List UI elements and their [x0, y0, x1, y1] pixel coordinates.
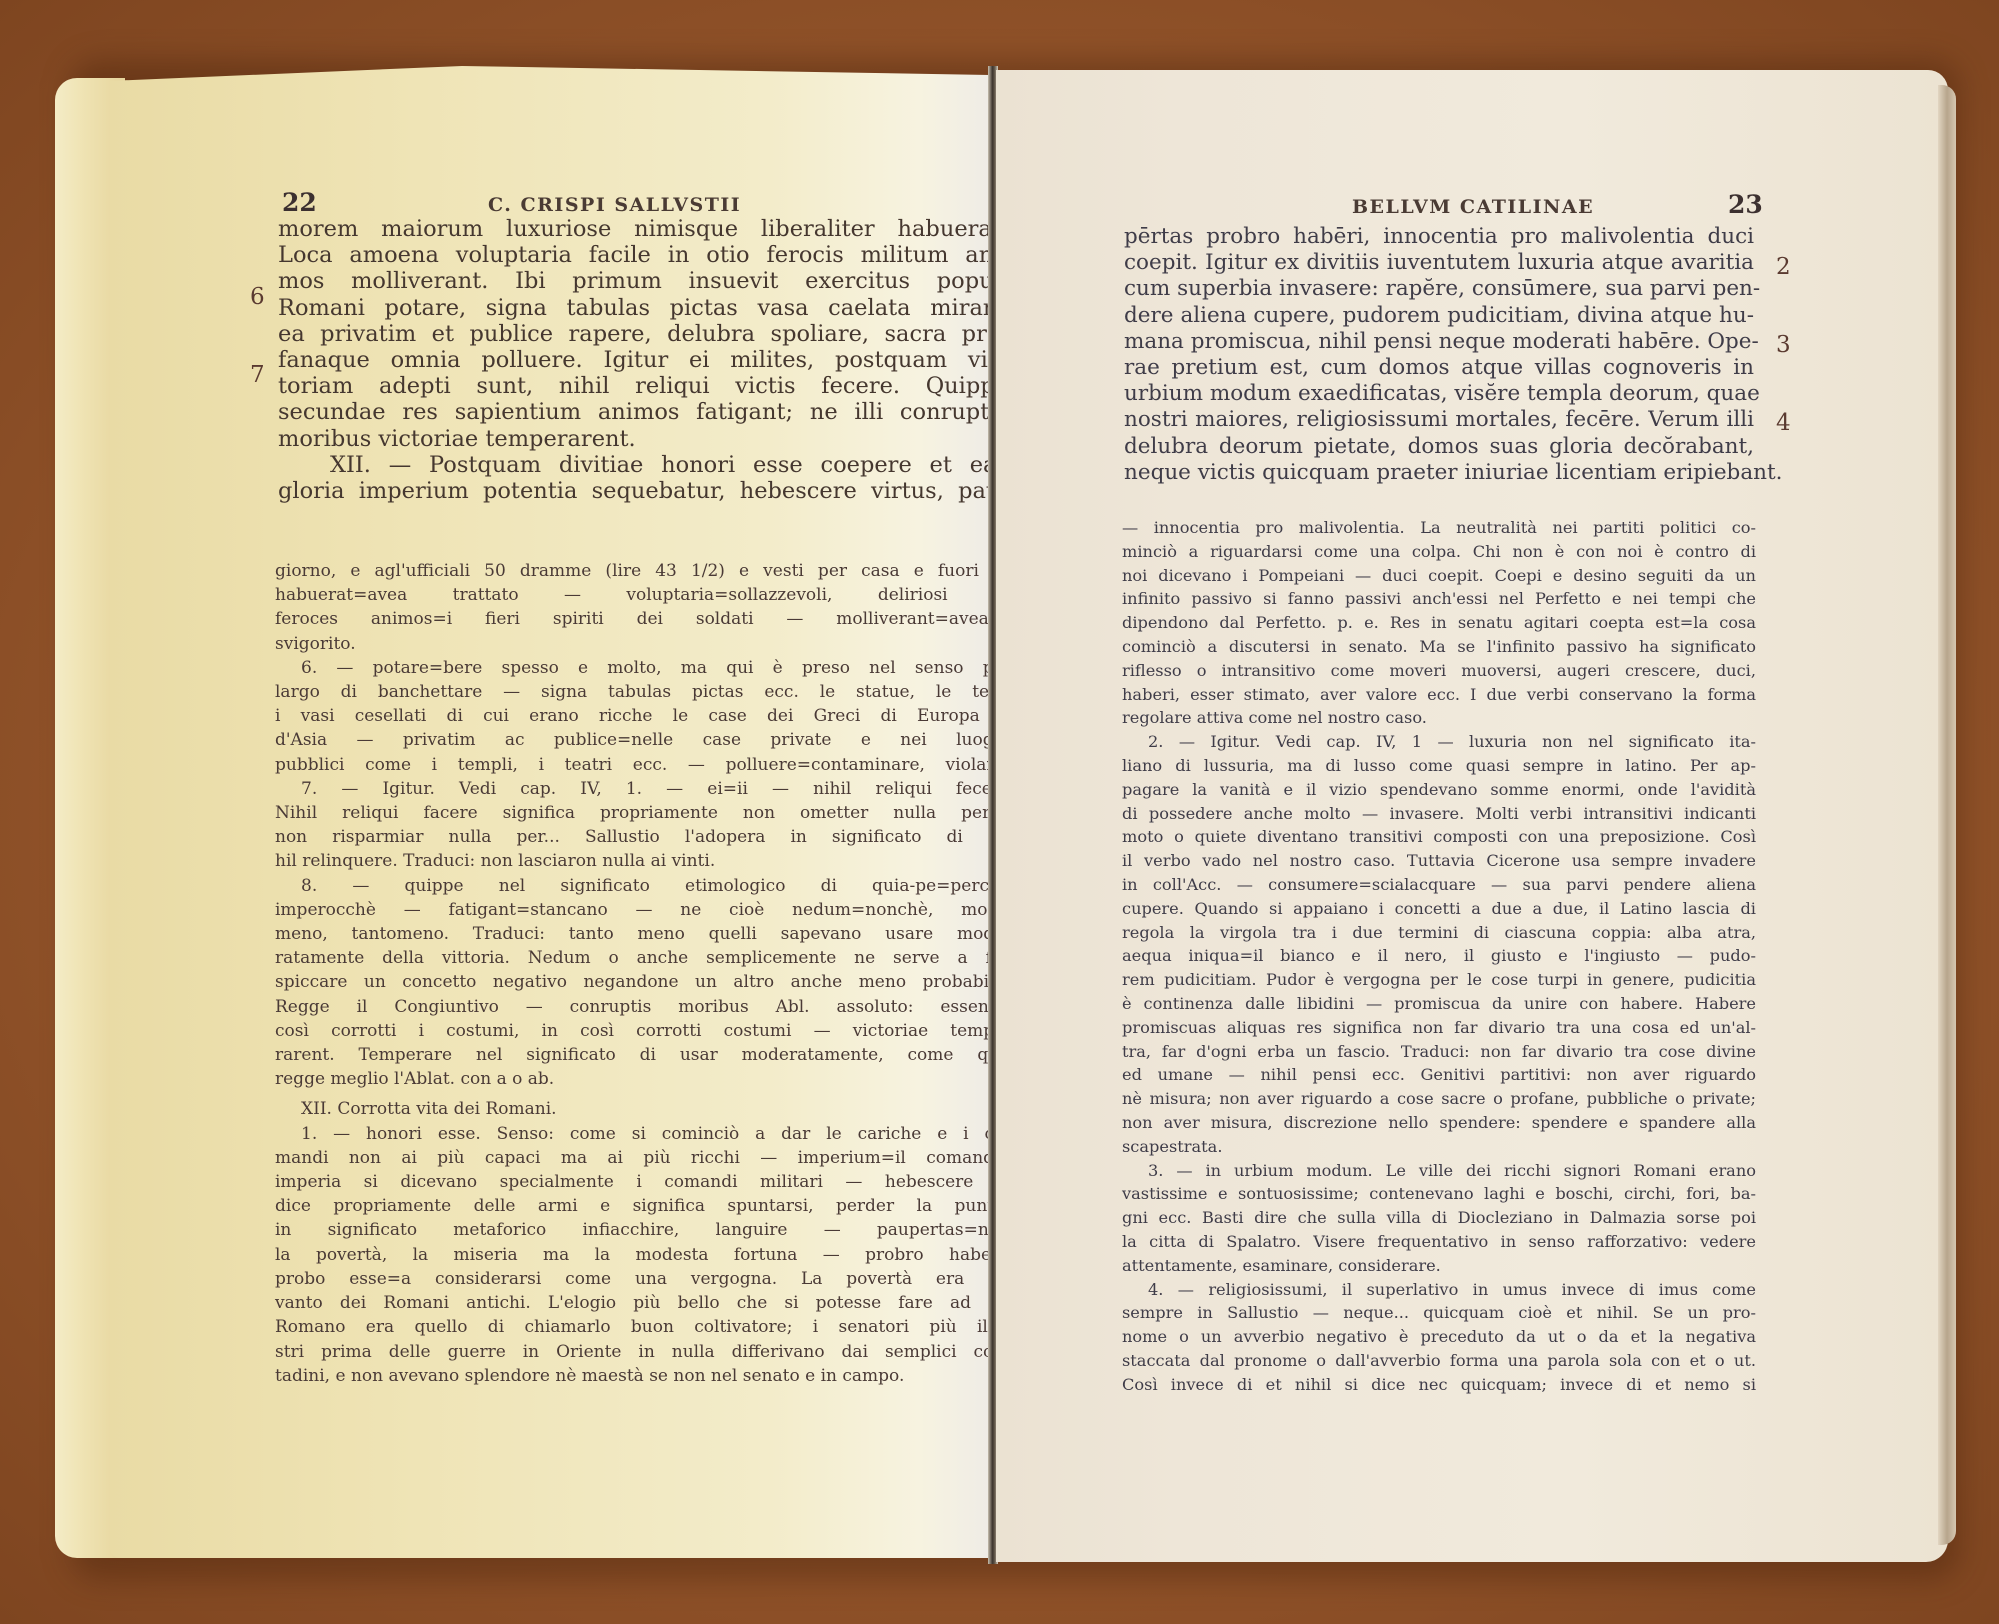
margin-number: 3	[1776, 332, 1791, 358]
note-line: 4. — religiosissumi, il superlativo in u…	[1122, 1278, 1756, 1302]
note-line: il verbo vado nel nostro caso. Tuttavia …	[1122, 849, 1756, 873]
note-line: minciò a riguardarsi come una colpa. Chi…	[1122, 540, 1756, 564]
chapter-xii-start: XII. — Postquam divitiae honori esse coe…	[278, 452, 1008, 478]
note-line: regolare attiva come nel nostro caso.	[1122, 706, 1756, 730]
note-line: i vasi cesellati di cui erano ricche le …	[275, 704, 1010, 728]
note-line: di possedere anche molto — invasere. Mol…	[1122, 802, 1756, 826]
note-line: rem pudicitiam. Pudor è vergogna per le …	[1122, 968, 1756, 992]
note-line: 8. — quippe nel significato etimologico …	[275, 874, 1010, 898]
note-line: la povertà, la miseria ma la modesta for…	[275, 1243, 1010, 1267]
note-line: non aver misura, discrezione nello spend…	[1122, 1111, 1756, 1135]
text-line: mana promiscua, nihil pensi neque modera…	[1124, 329, 1754, 355]
text-line: ea privatim et publice rapere, delubra s…	[278, 321, 1008, 347]
note-line: noi dicevano i Pompeiani — duci coepit. …	[1122, 564, 1756, 588]
margin-number: 2	[1776, 254, 1791, 280]
note-line: regola la virgola tra i due termini di c…	[1122, 921, 1756, 945]
text-line: neque victis quicquam praeter iniuriae l…	[1124, 460, 1754, 486]
note-line: non risparmiar nulla per... Sallustio l'…	[275, 825, 1010, 849]
text-line: urbium modum exaedificatas, visĕre templ…	[1124, 381, 1754, 407]
note-line: gni ecc. Basti dire che sulla villa di D…	[1122, 1206, 1756, 1230]
note-line: promiscuas aliquas res significa non far…	[1122, 1016, 1756, 1040]
note-line: infinito passivo si fanno passivi anch'e…	[1122, 587, 1756, 611]
note-line: feroces animos=i fieri spiriti dei solda…	[275, 607, 1010, 631]
note-line: è continenza dalle libidini — promiscua …	[1122, 992, 1756, 1016]
note-section-heading: XII. Corrotta vita dei Romani.	[275, 1097, 1010, 1121]
note-line: nome o un avverbio negativo è preceduto …	[1122, 1325, 1756, 1349]
note-line: giorno, e agl'ufficiali 50 dramme (lire …	[275, 559, 1010, 583]
text-line: Loca amoena voluptaria facile in otio fe…	[278, 242, 1008, 268]
running-head-left: C. CRISPI SALLVSTII	[488, 194, 741, 216]
note-line: imperia si dicevano specialmente i coman…	[275, 1170, 1010, 1194]
text-line: moribus victoriae temperarent.	[278, 426, 1008, 452]
note-line: 7. — Igitur. Vedi cap. IV, 1. — ei=ii — …	[275, 777, 1010, 801]
note-line: ed umane — nihil pensi ecc. Genitivi par…	[1122, 1063, 1756, 1087]
note-line: tra, far d'ogni erba un fascio. Traduci:…	[1122, 1040, 1756, 1064]
note-line: riflesso o intransitivo come moveri muov…	[1122, 659, 1756, 683]
text-line: delubra deorum pietate, domos suas glori…	[1124, 434, 1754, 460]
text-line: secundae res sapientium animos fatigant;…	[278, 399, 1008, 425]
note-line: hil relinquere. Traduci: non lasciaron n…	[275, 849, 1010, 873]
note-line: moto o quiete diventano transitivi compo…	[1122, 825, 1756, 849]
right-page-stack-edge	[1938, 85, 1956, 1545]
note-line: habuerat=avea trattato — voluptaria=soll…	[275, 583, 1010, 607]
note-line: probo esse=a considerarsi come una vergo…	[275, 1267, 1010, 1291]
note-line: largo di banchettare — signa tabulas pic…	[275, 680, 1010, 704]
note-line: vastissime e sontuosissime; contenevano …	[1122, 1182, 1756, 1206]
note-line: 6. — potare=bere spesso e molto, ma qui …	[275, 656, 1010, 680]
note-line: in coll'Acc. — consumere=scialacquare — …	[1122, 873, 1756, 897]
note-line: così corrotti i costumi, in così corrott…	[275, 1019, 1010, 1043]
note-line: cupere. Quando si appaiano i concetti a …	[1122, 897, 1756, 921]
text-line: cum superbia invasere: rapĕre, consūmere…	[1124, 276, 1754, 302]
main-text-left: morem maiorum luxuriose nimisque liberal…	[278, 216, 1008, 504]
note-line: — innocentia pro malivolentia. La neutra…	[1122, 516, 1756, 540]
note-line: Così invece di et nihil si dice nec quic…	[1122, 1373, 1756, 1397]
note-line: Nihil reliqui facere significa propriame…	[275, 801, 1010, 825]
note-line: meno, tantomeno. Traduci: tanto meno que…	[275, 922, 1010, 946]
footnotes-left: giorno, e agl'ufficiali 50 dramme (lire …	[275, 559, 1010, 1388]
note-line: dice propriamente delle armi e significa…	[275, 1194, 1010, 1218]
note-line: vanto dei Romani antichi. L'elogio più b…	[275, 1291, 1010, 1315]
note-line: Romano era quello di chiamarlo buon colt…	[275, 1315, 1010, 1339]
note-line: imperocchè — fatigant=stancano — ne cioè…	[275, 898, 1010, 922]
page-number-right: 23	[1728, 190, 1763, 219]
main-text-right: pērtas probro habēri, innocentia pro mal…	[1124, 224, 1754, 486]
text-line: rae pretium est, cum domos atque villas …	[1124, 355, 1754, 381]
note-line: attentamente, esaminare, considerare.	[1122, 1254, 1756, 1278]
note-line: la citta di Spalatro. Visere frequentati…	[1122, 1230, 1756, 1254]
note-line: sempre in Sallustio — neque... quicquam …	[1122, 1301, 1756, 1325]
note-line: stri prima delle guerre in Oriente in nu…	[275, 1340, 1010, 1364]
note-line: rarent. Temperare nel significato di usa…	[275, 1043, 1010, 1067]
note-line: 2. — Igitur. Vedi cap. IV, 1 — luxuria n…	[1122, 730, 1756, 754]
note-line: spiccare un concetto negativo negandone …	[275, 970, 1010, 994]
running-head-right: BELLVM CATILINAE	[1352, 196, 1594, 218]
note-line: 1. — honori esse. Senso: come si cominci…	[275, 1122, 1010, 1146]
note-line: regge meglio l'Ablat. con a o ab.	[275, 1067, 1010, 1091]
right-page: BELLVM CATILINAE 23 2 3 4 pērtas probro …	[996, 70, 1948, 1562]
margin-number: 6	[250, 284, 265, 310]
text-line: nostri maiores, religiosissumi mortales,…	[1124, 407, 1754, 433]
text-line: dere aliena cupere, pudorem pudicitiam, …	[1124, 303, 1754, 329]
note-line: 3. — in urbium modum. Le ville dei ricch…	[1122, 1159, 1756, 1183]
text-line: toriam adepti sunt, nihil reliqui victis…	[278, 373, 1008, 399]
note-line: tadini, e non avevano splendore nè maest…	[275, 1364, 1010, 1388]
note-line: mandi non ai più capaci ma ai più ricchi…	[275, 1146, 1010, 1170]
note-line: nè misura; non aver riguardo a cose sacr…	[1122, 1087, 1756, 1111]
note-line: dipendono dal Perfetto. p. e. Res in sen…	[1122, 611, 1756, 635]
note-line: ratamente della vittoria. Nedum o anche …	[275, 946, 1010, 970]
note-line: pagare la vanità e il vizio spendevano s…	[1122, 778, 1756, 802]
note-line: haberi, esser stimato, aver valore ecc. …	[1122, 683, 1756, 707]
note-line: Regge il Congiuntivo — conruptis moribus…	[275, 995, 1010, 1019]
note-line: liano di lussuria, ma di lusso come quas…	[1122, 754, 1756, 778]
note-line: pubblici come i templi, i teatri ecc. — …	[275, 753, 1010, 777]
margin-number: 7	[250, 362, 265, 388]
text-line: mos molliverant. Ibi primum insuevit exe…	[278, 268, 1008, 294]
text-line: fanaque omnia polluere. Igitur ei milite…	[278, 347, 1008, 373]
note-line: scapestrata.	[1122, 1135, 1756, 1159]
note-line: aequa iniqua=il bianco e il nero, il giu…	[1122, 944, 1756, 968]
note-line: svigorito.	[275, 632, 1010, 656]
note-line: d'Asia — privatim ac publice=nelle case …	[275, 728, 1010, 752]
note-line: staccata dal pronome o dall'avverbio for…	[1122, 1349, 1756, 1373]
footnotes-right: — innocentia pro malivolentia. La neutra…	[1122, 516, 1756, 1396]
note-line: cominciò a discutersi in senato. Ma se l…	[1122, 635, 1756, 659]
left-page: 22 C. CRISPI SALLVSTII 6 7 morem maiorum…	[110, 66, 990, 1558]
margin-number: 4	[1776, 410, 1791, 436]
text-line: pērtas probro habēri, innocentia pro mal…	[1124, 224, 1754, 250]
page-number-left: 22	[282, 188, 317, 217]
text-line: coepit. Igitur ex divitiis iuventutem lu…	[1124, 250, 1754, 276]
note-line: in significato metaforico infiacchire, l…	[275, 1218, 1010, 1242]
text-line: morem maiorum luxuriose nimisque liberal…	[278, 216, 1008, 242]
text-line: Romani potare, signa tabulas pictas vasa…	[278, 295, 1008, 321]
text-line: gloria imperium potentia sequebatur, heb…	[278, 478, 1008, 504]
